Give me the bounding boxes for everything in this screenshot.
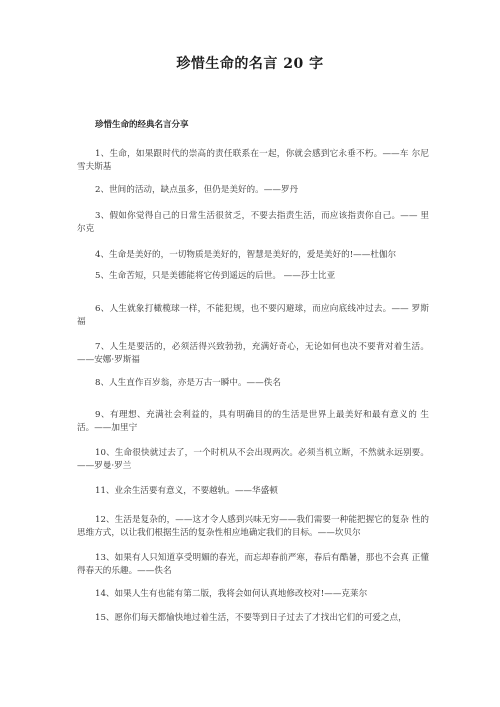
quote-item: 12、生活是复杂的，——这才令人感到兴味无穷——我们需要一种能把握它的复杂 性的… <box>77 514 429 539</box>
quote-item: 15、愿你们每天都愉快地过着生活，不要等到日子过去了才找出它们的可爱之点， <box>77 612 429 625</box>
section-subtitle: 珍惜生命的经典名言分享 <box>95 118 189 130</box>
quote-item: 2、世间的活动，缺点虽多，但仍是美好的。——罗丹 <box>77 184 429 197</box>
quote-item: 4、生命是美好的，一切物质是美好的，智慧是美好的，爱是美好的!——杜伽尔 <box>77 249 429 262</box>
quote-item: 6、人生就象打橄榄球一样，不能犯规，也不要闪避球，而应向底线冲过去。—— 罗斯福 <box>77 303 429 328</box>
quote-item: 14、如果人生有也能有第二版，我将会如何认真地修改校对!——克莱尔 <box>77 588 429 601</box>
quote-item: 8、人生直作百岁翁，亦是万古一瞬中。——佚名 <box>77 377 429 390</box>
quote-item: 5、生命苦短，只是美德能将它传到遥远的后世。 ——莎士比亚 <box>77 270 429 283</box>
quote-item: 1、生命，如果跟时代的崇高的责任联系在一起，你就会感到它永垂不朽。——车 尔尼雪… <box>77 148 429 173</box>
quote-item: 13、如果有人只知道享受明媚的春光，而忘却春前严寒，春后有酷暑，那也不会真 正懂… <box>77 552 429 577</box>
document-title: 珍惜生命的名言 20 字 <box>0 53 500 73</box>
quote-item: 11、业余生活要有意义，不要越轨。——华盛顿 <box>77 485 429 498</box>
quote-item: 3、假如你觉得自己的日常生活很贫乏，不要去指责生活，而应该指责你自己。—— 里尔… <box>77 210 429 235</box>
quote-item: 9、有理想、充满社会利益的，具有明确目的的生活是世界上最美好和最有意义的 生活。… <box>77 409 429 434</box>
quote-item: 7、人生是要活的，必须活得兴致勃勃，充满好奇心，无论如何也决不要背对着生活。——… <box>77 341 429 366</box>
quote-item: 10、生命很快就过去了，一个时机从不会出现两次。必须当机立断，不然就永远别要。—… <box>77 447 429 472</box>
